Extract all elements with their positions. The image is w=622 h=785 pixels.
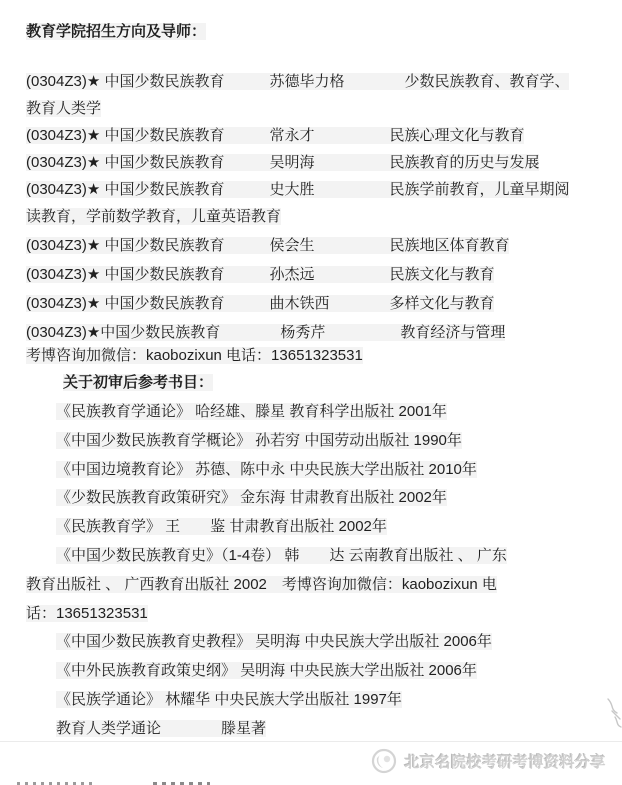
mentor-line-text: (0304Z3)★ 中国少数民族教育 侯会生 民族地区体育教育: [26, 237, 509, 254]
mentor-line-text: (0304Z3)★中国少数民族教育 杨秀芹 教育经济与管理: [26, 324, 505, 341]
books-heading-text: 关于初审后参考书目：: [63, 374, 213, 391]
book-line: 《中国少数民族教育学概论》 孙若穷 中国劳动出版社 1990年: [26, 427, 612, 456]
book-line-text: 《民族学通论》 林耀华 中央民族大学出版社 1997年: [56, 691, 402, 708]
book-line: 话：13651323531: [26, 600, 612, 629]
book-line-text: 《中国少数民族教育学概论》 孙若穷 中国劳动出版社 1990年: [56, 432, 462, 449]
mentor-line: (0304Z3)★ 中国少数民族教育 侯会生 民族地区体育教育: [26, 232, 612, 259]
watermark-logo-icon: [371, 748, 397, 774]
book-line-text: 《中国少数民族教育史教程》 吴明海 中央民族大学出版社 2006年: [56, 633, 492, 650]
doc-title: 教育学院招生方向及导师：: [26, 18, 612, 45]
book-line: 教育人类学通论 滕星著: [26, 715, 612, 744]
mentor-line-text: 教育人类学: [26, 100, 101, 117]
mentor-line-text: (0304Z3)★ 中国少数民族教育 苏德毕力格 少数民族教育、教育学、: [26, 73, 569, 90]
mentor-line: (0304Z3)★ 中国少数民族教育 曲木铁西 多样文化与教育: [26, 290, 612, 317]
book-line-text: 《民族教育学通论》 哈经雄、滕星 教育科学出版社 2001年: [56, 403, 447, 420]
mentor-line: (0304Z3)★ 中国少数民族教育 常永才 民族心理文化与教育: [26, 122, 612, 149]
book-line-text: 《民族教育学》 王 鉴 甘肃教育出版社 2002年: [56, 518, 387, 535]
book-line: 《民族教育学通论》 哈经雄、滕星 教育科学出版社 2001年: [26, 398, 612, 427]
mentor-line: (0304Z3)★ 中国少数民族教育 吴明海 民族教育的历史与发展: [26, 149, 612, 176]
contact-line: 考博咨询加微信：kaobozixun 电话：13651323531: [26, 342, 612, 369]
mentor-line-text: (0304Z3)★ 中国少数民族教育 孙杰远 民族文化与教育: [26, 266, 494, 283]
book-line: 《中国边境教育论》 苏德、陈中永 中央民族大学出版社 2010年: [26, 456, 612, 485]
mentor-line-text: (0304Z3)★ 中国少数民族教育 常永才 民族心理文化与教育: [26, 127, 524, 144]
mentor-line-text: (0304Z3)★ 中国少数民族教育 史大胜 民族学前教育，儿童早期阅: [26, 181, 569, 198]
mentor-line: 读教育，学前数学教育，儿童英语教育: [26, 203, 612, 230]
mentor-line: 教育人类学: [26, 95, 612, 122]
book-line-text: 《中外民族教育政策史纲》 吴明海 中央民族大学出版社 2006年: [56, 662, 477, 679]
mentor-line: (0304Z3)★ 中国少数民族教育 苏德毕力格 少数民族教育、教育学、: [26, 68, 612, 95]
mentor-line: (0304Z3)★ 中国少数民族教育 史大胜 民族学前教育，儿童早期阅: [26, 176, 612, 203]
mentor-line: (0304Z3)★ 中国少数民族教育 孙杰远 民族文化与教育: [26, 261, 612, 288]
book-line: 《中国少数民族教育史教程》 吴明海 中央民族大学出版社 2006年: [26, 628, 612, 657]
book-line-text: 《中国边境教育论》 苏德、陈中永 中央民族大学出版社 2010年: [56, 461, 477, 478]
book-line-text: 教育出版社 、 广西教育出版社 2002 考博咨询加微信：kaobozixun …: [26, 576, 497, 593]
book-line: 《中国少数民族教育史》（1-4卷） 韩 达 云南教育出版社 、 广东: [26, 542, 612, 571]
doc-title-text: 教育学院招生方向及导师：: [26, 23, 206, 40]
page: 教育学院招生方向及导师： (0304Z3)★ 中国少数民族教育 苏德毕力格 少数…: [0, 0, 622, 785]
margin-scribble-mark: [604, 697, 622, 729]
mentor-line-text: (0304Z3)★ 中国少数民族教育 曲木铁西 多样文化与教育: [26, 295, 494, 312]
book-line-text: 教育人类学通论 滕星著: [56, 720, 266, 737]
book-line: 《民族教育学》 王 鉴 甘肃教育出版社 2002年: [26, 513, 612, 542]
mentor-line-text: 读教育，学前数学教育，儿童英语教育: [26, 208, 281, 225]
book-line-text: 话：13651323531: [26, 605, 148, 622]
book-line: 《中外民族教育政策史纲》 吴明海 中央民族大学出版社 2006年: [26, 657, 612, 686]
book-line-text: 《中国少数民族教育史》（1-4卷） 韩 达 云南教育出版社 、 广东: [56, 547, 507, 564]
contact-line-text: 考博咨询加微信：kaobozixun 电话：13651323531: [26, 347, 363, 364]
books-heading: 关于初审后参考书目：: [26, 369, 612, 396]
spacer: [26, 45, 612, 68]
watermark-text: 北京名院校考研考博资料分享: [404, 751, 606, 772]
book-line-text: 《少数民族教育政策研究》 金东海 甘肃教育出版社 2002年: [56, 489, 447, 506]
book-line: 《少数民族教育政策研究》 金东海 甘肃教育出版社 2002年: [26, 484, 612, 513]
book-line: 《民族学通论》 林耀华 中央民族大学出版社 1997年: [26, 686, 612, 715]
mentor-line-text: (0304Z3)★ 中国少数民族教育 吴明海 民族教育的历史与发展: [26, 154, 539, 171]
divider: [0, 741, 622, 742]
watermark: 北京名院校考研考博资料分享: [371, 747, 606, 775]
book-line: 教育出版社 、 广西教育出版社 2002 考博咨询加微信：kaobozixun …: [26, 571, 612, 600]
